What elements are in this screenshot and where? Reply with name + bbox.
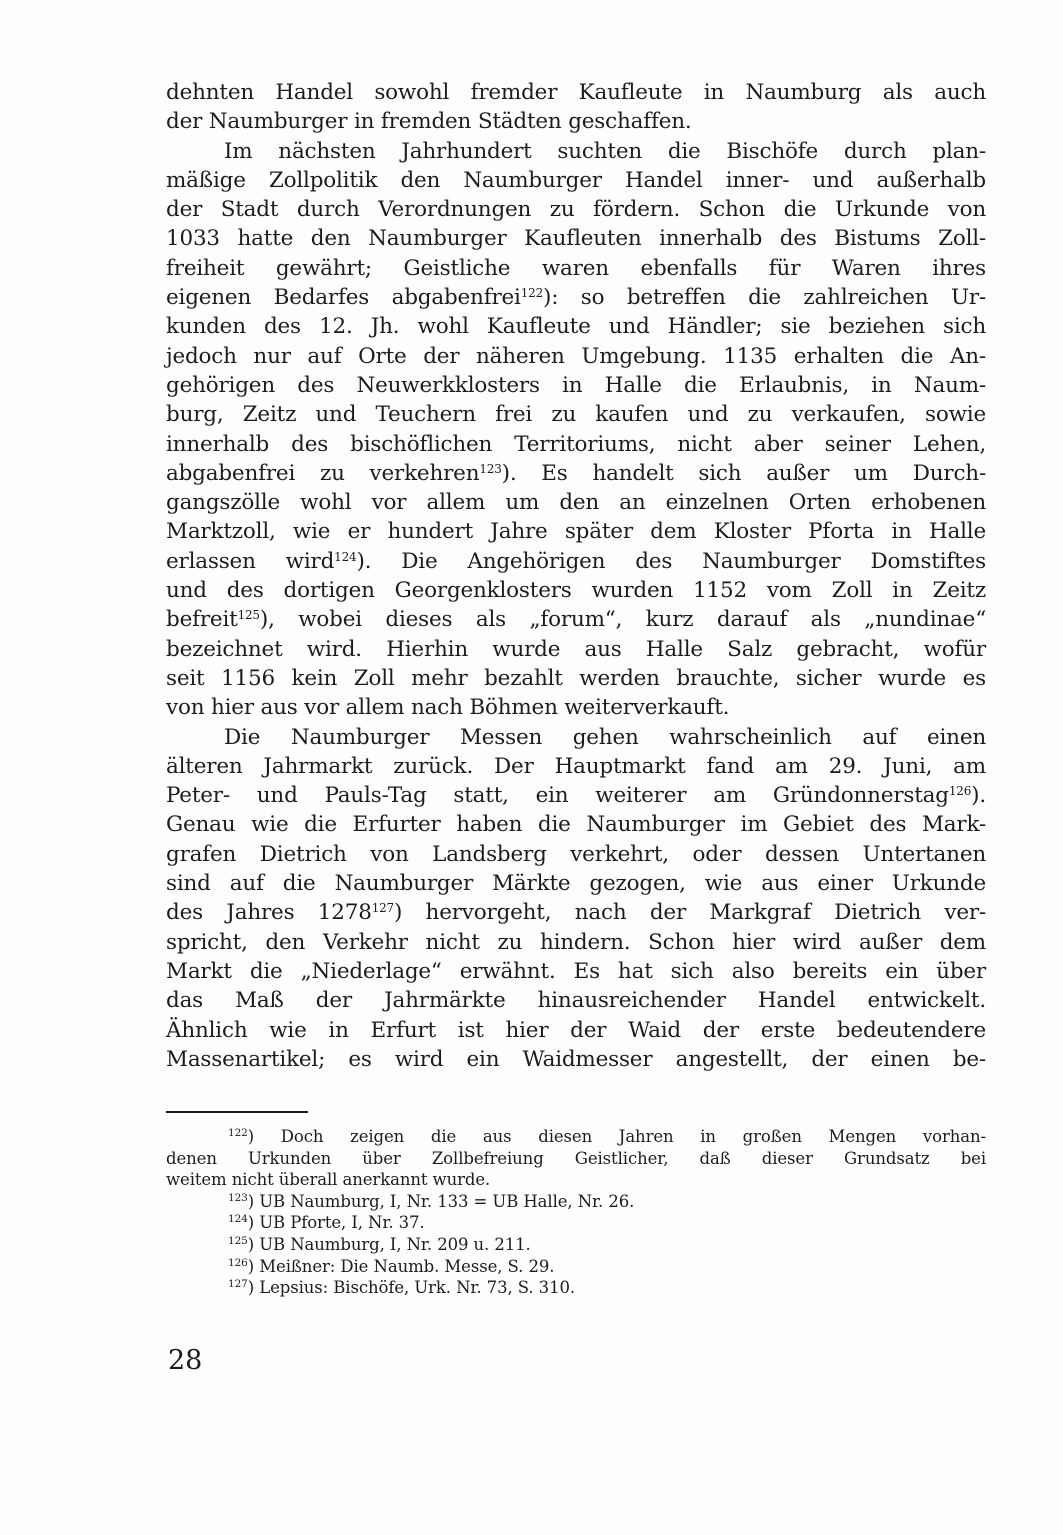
footnote-text: UB Naumburg, I, Nr. 209 u. 211. bbox=[259, 1235, 530, 1254]
text-fragment: abgabenfrei zu verkehren bbox=[166, 461, 479, 486]
text-line: und des dortigen Georgenklosters wurden … bbox=[166, 576, 986, 605]
footnote-122-continuation: weitem nicht überall anerkannt wurde. bbox=[166, 1169, 986, 1191]
footnote-paren: ) bbox=[248, 1213, 259, 1232]
text-line: spricht, den Verkehr nicht zu hindern. S… bbox=[166, 928, 986, 957]
footnote-number: 124 bbox=[228, 1213, 248, 1225]
text-line: kunden des 12. Jh. wohl Kaufleute und Hä… bbox=[166, 312, 986, 341]
text-fragment: ). Die Angehörigen des Naumburger Domsti… bbox=[356, 549, 986, 574]
footnote-text: Doch zeigen die aus diesen Jahren in gro… bbox=[281, 1127, 986, 1146]
page-number: 28 bbox=[168, 1344, 202, 1378]
footnote-124: 124) UB Pforte, I, Nr. 37. bbox=[166, 1212, 986, 1234]
footnote-paren: ) bbox=[248, 1127, 281, 1146]
footnote-divider bbox=[166, 1111, 308, 1113]
text-line: Massenartikel; es wird ein Waidmesser an… bbox=[166, 1045, 986, 1074]
text-line: jedoch nur auf Orte der näheren Umgebung… bbox=[166, 342, 986, 371]
footnote-number: 126 bbox=[228, 1257, 248, 1269]
text-line: älteren Jahrmarkt zurück. Der Hauptmarkt… bbox=[166, 752, 986, 781]
footnote-paren: ) bbox=[248, 1278, 259, 1297]
footnote-paren: ) bbox=[248, 1235, 259, 1254]
text-line: das Maß der Jahrmärkte hinausreichender … bbox=[166, 986, 986, 1015]
text-line: sind auf die Naumburger Märkte gezogen, … bbox=[166, 869, 986, 898]
text-fragment: ). bbox=[971, 783, 986, 808]
text-line: grafen Dietrich von Landsberg verkehrt, … bbox=[166, 840, 986, 869]
footnote-number: 127 bbox=[228, 1278, 248, 1290]
footnote-126: 126) Meißner: Die Naumb. Messe, S. 29. bbox=[166, 1256, 986, 1278]
text-line: Ähnlich wie in Erfurt ist hier der Waid … bbox=[166, 1016, 986, 1045]
footnote-ref-123[interactable]: 123 bbox=[479, 462, 501, 476]
footnote-paren: ) bbox=[248, 1192, 259, 1211]
text-fragment: Peter- und Pauls-Tag statt, ein weiterer… bbox=[166, 783, 949, 808]
footnote-ref-124[interactable]: 124 bbox=[334, 550, 356, 564]
footnote-127: 127) Lepsius: Bischöfe, Urk. Nr. 73, S. … bbox=[166, 1277, 986, 1299]
text-line: erlassen wird124). Die Angehörigen des N… bbox=[166, 547, 986, 576]
footnote-number: 122 bbox=[228, 1127, 248, 1139]
text-fragment: eigenen Bedarfes abgabenfrei bbox=[166, 285, 521, 310]
text-line: gehörigen des Neuwerkklosters in Halle d… bbox=[166, 371, 986, 400]
text-fragment: ): so betreffen die zahlreichen Ur- bbox=[543, 285, 986, 310]
footnotes: 122) Doch zeigen die aus diesen Jahren i… bbox=[166, 1126, 986, 1299]
text-line: von hier aus vor allem nach Böhmen weite… bbox=[166, 693, 986, 722]
text-line: Peter- und Pauls-Tag statt, ein weiterer… bbox=[166, 781, 986, 810]
footnote-text: UB Pforte, I, Nr. 37. bbox=[259, 1213, 424, 1232]
body-text: dehnten Handel sowohl fremder Kaufleute … bbox=[166, 78, 986, 1074]
text-line: befreit125), wobei dieses als „forum“, k… bbox=[166, 605, 986, 634]
footnote-text: Meißner: Die Naumb. Messe, S. 29. bbox=[259, 1257, 554, 1276]
text-line: seit 1156 kein Zoll mehr bezahlt werden … bbox=[166, 664, 986, 693]
footnote-paren: ) bbox=[248, 1257, 259, 1276]
text-line: eigenen Bedarfes abgabenfrei122): so bet… bbox=[166, 283, 986, 312]
footnote-number: 125 bbox=[228, 1235, 248, 1247]
text-line: der Stadt durch Verordnungen zu fördern.… bbox=[166, 195, 986, 224]
text-line: Markt die „Niederlage“ erwähnt. Es hat s… bbox=[166, 957, 986, 986]
text-line: 1033 hatte den Naumburger Kaufleuten inn… bbox=[166, 224, 986, 253]
footnote-number: 123 bbox=[228, 1192, 248, 1204]
text-fragment: des Jahres 1278 bbox=[166, 900, 372, 925]
footnote-ref-126[interactable]: 126 bbox=[949, 784, 971, 798]
footnote-text: Lepsius: Bischöfe, Urk. Nr. 73, S. 310. bbox=[259, 1278, 575, 1297]
text-line: abgabenfrei zu verkehren123). Es handelt… bbox=[166, 459, 986, 488]
text-fragment: erlassen wird bbox=[166, 549, 334, 574]
text-line: burg, Zeitz und Teuchern frei zu kaufen … bbox=[166, 400, 986, 429]
footnote-123: 123) UB Naumburg, I, Nr. 133 = UB Halle,… bbox=[166, 1191, 986, 1213]
text-line: bezeichnet wird. Hierhin wurde aus Halle… bbox=[166, 635, 986, 664]
text-line: mäßige Zollpolitik den Naumburger Handel… bbox=[166, 166, 986, 195]
text-line: freiheit gewährt; Geistliche waren ebenf… bbox=[166, 254, 986, 283]
text-line: der Naumburger in fremden Städten gescha… bbox=[166, 107, 986, 136]
text-line: gangszölle wohl vor allem um den an einz… bbox=[166, 488, 986, 517]
footnote-ref-122[interactable]: 122 bbox=[521, 286, 543, 300]
text-line: des Jahres 1278127) hervorgeht, nach der… bbox=[166, 898, 986, 927]
footnote-122-continuation: denen Urkunden über Zollbefreiung Geistl… bbox=[166, 1148, 986, 1170]
text-line: innerhalb des bischöflichen Territoriums… bbox=[166, 430, 986, 459]
footnote-ref-125[interactable]: 125 bbox=[238, 608, 260, 622]
text-fragment: ), wobei dieses als „forum“, kurz darauf… bbox=[260, 607, 986, 632]
text-line: dehnten Handel sowohl fremder Kaufleute … bbox=[166, 78, 986, 107]
footnote-122: 122) Doch zeigen die aus diesen Jahren i… bbox=[166, 1126, 986, 1148]
text-fragment: befreit bbox=[166, 607, 238, 632]
text-line: Marktzoll, wie er hundert Jahre später d… bbox=[166, 517, 986, 546]
text-fragment: ) hervorgeht, nach der Markgraf Dietrich… bbox=[394, 900, 986, 925]
paragraph-start-line: Im nächsten Jahrhundert suchten die Bisc… bbox=[166, 137, 986, 166]
footnote-125: 125) UB Naumburg, I, Nr. 209 u. 211. bbox=[166, 1234, 986, 1256]
document-page: dehnten Handel sowohl fremder Kaufleute … bbox=[0, 0, 1063, 1535]
paragraph-start-line: Die Naumburger Messen gehen wahrscheinli… bbox=[166, 723, 986, 752]
text-line: Genau wie die Erfurter haben die Naumbur… bbox=[166, 810, 986, 839]
footnote-ref-127[interactable]: 127 bbox=[372, 901, 394, 915]
text-fragment: ). Es handelt sich außer um Durch- bbox=[502, 461, 986, 486]
footnote-text: UB Naumburg, I, Nr. 133 = UB Halle, Nr. … bbox=[259, 1192, 634, 1211]
